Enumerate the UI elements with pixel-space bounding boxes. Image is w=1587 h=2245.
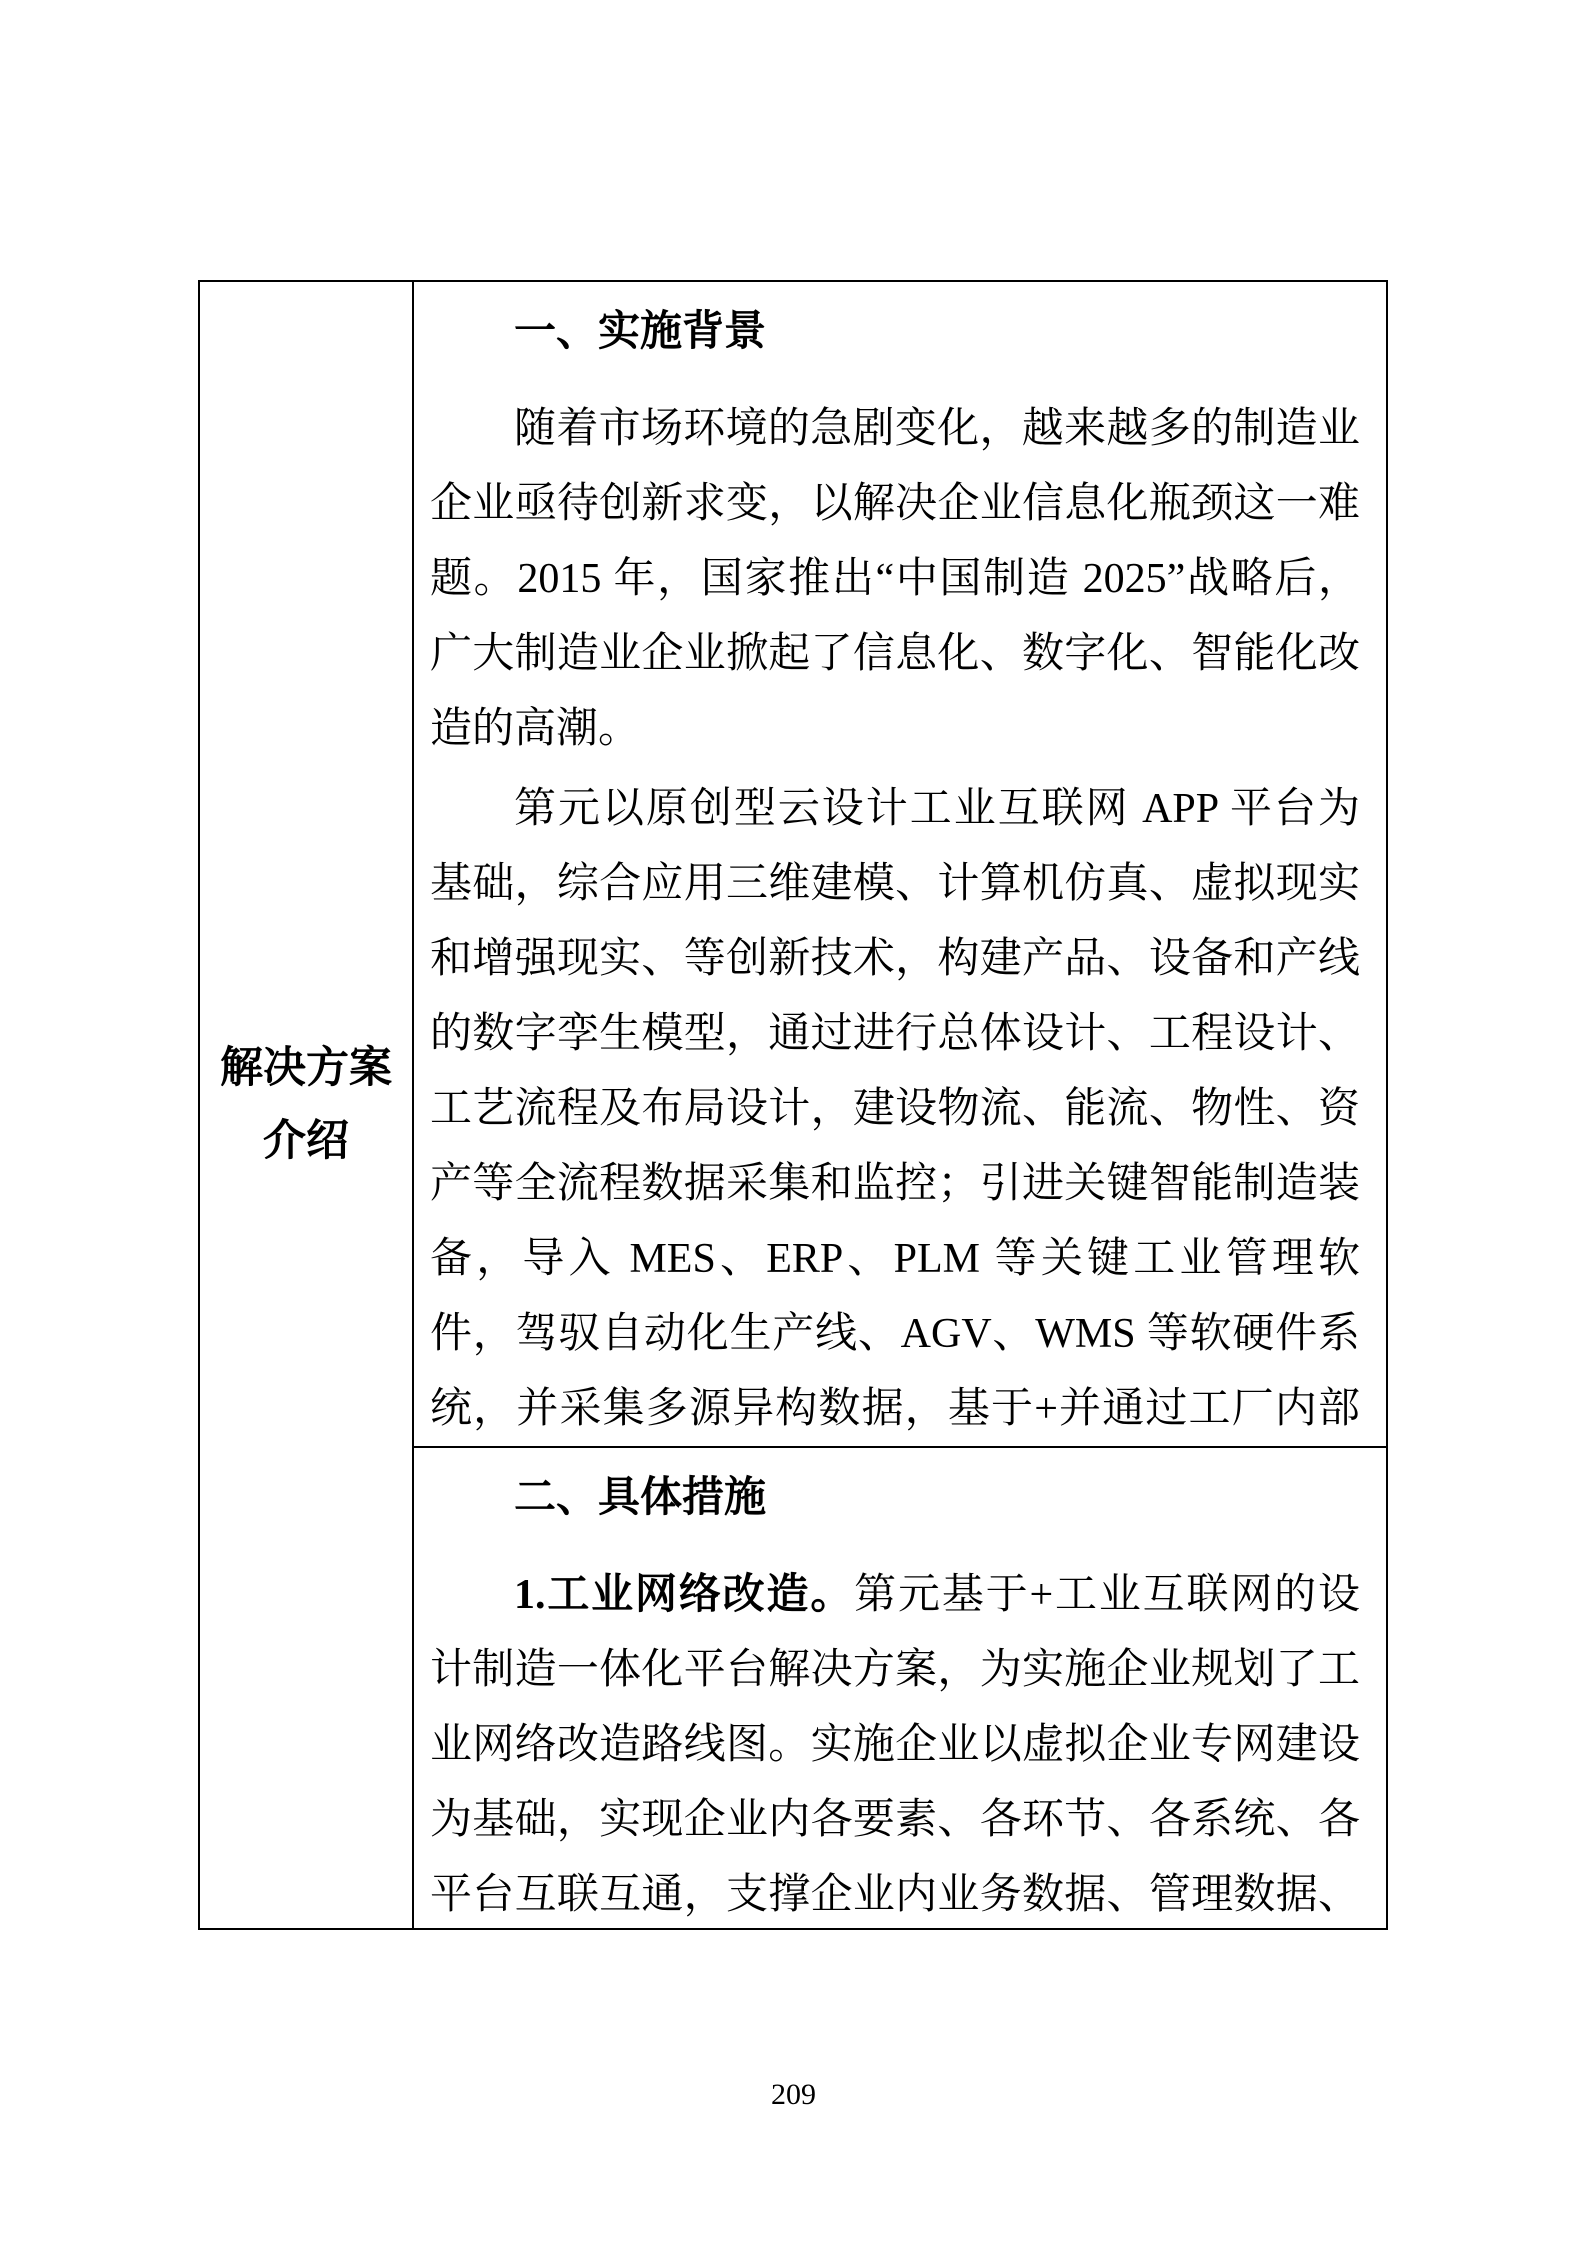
document-page: 解决方案 介绍 一、实施背景 随着市场环境的急剧变化，越来越多的制造业企业亟待创… <box>0 0 1587 2245</box>
section-specific-measures: 二、具体措施 1.工业网络改造。第元基于+工业互联网的设计制造一体化平台解决方案… <box>414 1448 1386 1928</box>
section-2-paragraph-1: 1.工业网络改造。第元基于+工业互联网的设计制造一体化平台解决方案，为实施企业规… <box>430 1558 1360 1928</box>
section-implementation-background: 一、实施背景 随着市场环境的急剧变化，越来越多的制造业企业亟待创新求变，以解决企… <box>414 282 1386 1448</box>
solution-table: 解决方案 介绍 一、实施背景 随着市场环境的急剧变化，越来越多的制造业企业亟待创… <box>198 280 1388 1930</box>
row-header-line-2: 介绍 <box>263 1105 349 1178</box>
section-1-heading: 一、实施背景 <box>430 295 1360 370</box>
section-2-paragraph-text: 第元基于+工业互联网的设计制造一体化平台解决方案，为实施企业规划了工业网络改造路… <box>430 1572 1360 1928</box>
section-2-paragraph-lead: 1.工业网络改造。 <box>514 1572 854 1618</box>
section-1-paragraph-2: 第元以原创型云设计工业互联网 APP 平台为基础，综合应用三维建模、计算机仿真、… <box>430 772 1360 1448</box>
page-number: 209 <box>0 2078 1587 2112</box>
content-column: 一、实施背景 随着市场环境的急剧变化，越来越多的制造业企业亟待创新求变，以解决企… <box>414 282 1386 1928</box>
row-header-cell: 解决方案 介绍 <box>200 282 414 1928</box>
section-2-heading: 二、具体措施 <box>430 1461 1360 1536</box>
section-1-paragraph-1: 随着市场环境的急剧变化，越来越多的制造业企业亟待创新求变，以解决企业信息化瓶颈这… <box>430 392 1360 767</box>
row-header-line-1: 解决方案 <box>220 1032 392 1105</box>
